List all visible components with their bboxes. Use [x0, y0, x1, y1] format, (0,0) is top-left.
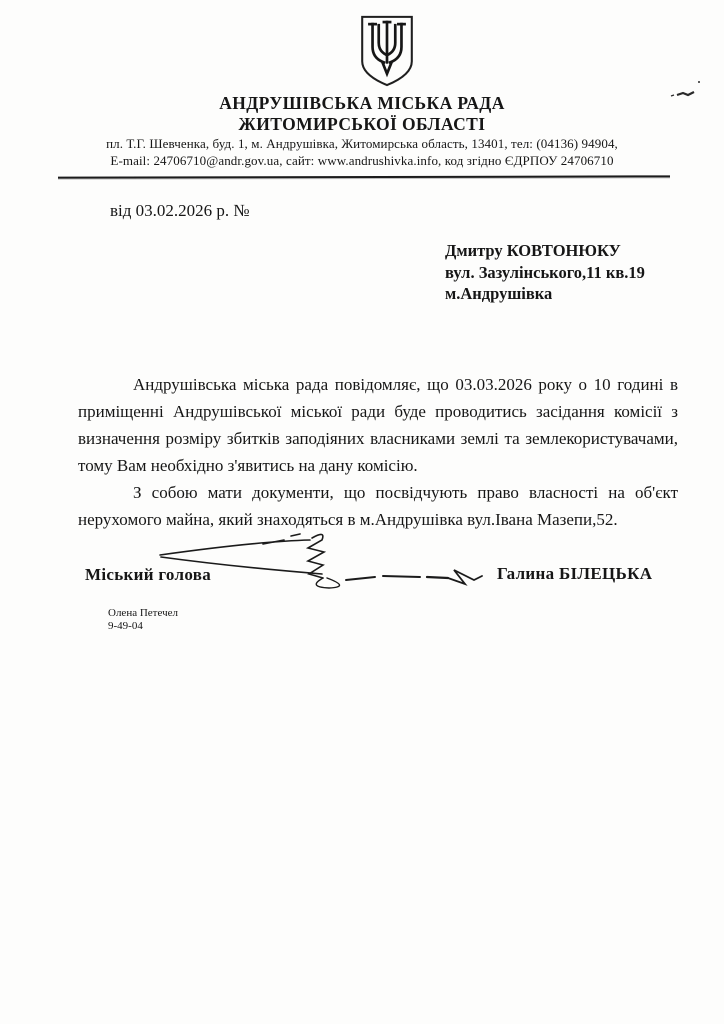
reference-date-line: від 03.02.2026 р. № — [110, 201, 250, 221]
letterhead-address-line: пл. Т.Г. Шевченка, буд. 1, м. Андрушівка… — [0, 136, 724, 152]
ukraine-trident-emblem — [356, 13, 418, 89]
executor-name: Олена Петечел — [108, 607, 178, 620]
recipient-block: Дмитру КОВТОНЮКУ вул. Зазулінського,11 к… — [445, 240, 645, 305]
org-name-line1: АНДРУШІВСЬКА МІСЬКА РАДА — [0, 93, 724, 114]
letter-body: Андрушівська міська рада повідомляє, що … — [78, 371, 678, 533]
body-paragraph-2: З собою мати документи, що посвідчують п… — [78, 479, 678, 533]
recipient-address-line1: вул. Зазулінського,11 кв.19 — [445, 262, 645, 284]
org-name-line2: ЖИТОМИРСЬКОЇ ОБЛАСТІ — [0, 114, 724, 135]
letterhead-org-name: АНДРУШІВСЬКА МІСЬКА РАДА ЖИТОМИРСЬКОЇ ОБ… — [0, 93, 724, 135]
recipient-name: Дмитру КОВТОНЮКУ — [445, 240, 645, 262]
signer-name: Галина БІЛЕЦЬКА — [497, 564, 652, 584]
handwritten-signature — [150, 528, 495, 594]
letterhead-divider — [58, 175, 670, 178]
letterhead-contact-line: E-mail: 24706710@andr.gov.ua, сайт: www.… — [0, 153, 724, 169]
executor-block: Олена Петечел 9-49-04 — [108, 607, 178, 633]
executor-phone: 9-49-04 — [108, 620, 178, 633]
recipient-address-line2: м.Андрушівка — [445, 283, 645, 305]
body-paragraph-1: Андрушівська міська рада повідомляє, що … — [78, 371, 678, 479]
scanned-letter-page: АНДРУШІВСЬКА МІСЬКА РАДА ЖИТОМИРСЬКОЇ ОБ… — [0, 0, 724, 1024]
